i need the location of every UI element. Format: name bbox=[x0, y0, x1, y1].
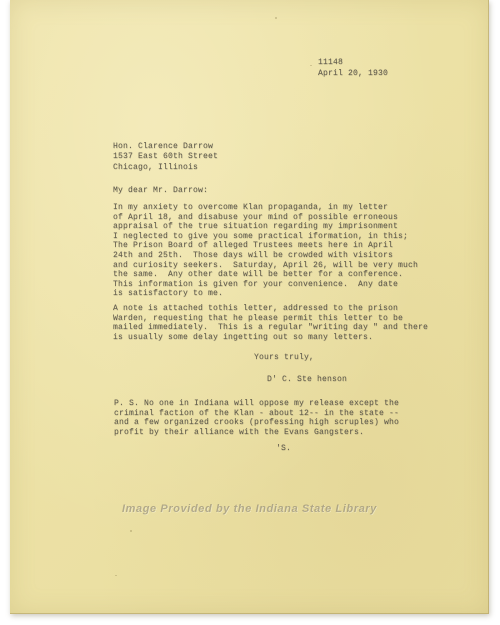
postscript: P. S. No one in Indiana will oppose my r… bbox=[114, 399, 399, 437]
letter-date: April 20, 1930 bbox=[318, 69, 388, 79]
postscript-initial: 'S. bbox=[276, 444, 291, 454]
closing: Yours truly, bbox=[254, 353, 314, 363]
body-paragraph-1: In my anxiety to overcome Klan propagand… bbox=[113, 203, 418, 299]
scanned-document: 11148 April 20, 1930 Hon. Clarence Darro… bbox=[0, 0, 500, 625]
reference-number: 11148 bbox=[318, 58, 343, 68]
signature: D' C. Ste henson bbox=[267, 375, 347, 385]
recipient-address: Hon. Clarence Darrow 1537 East 60th Stre… bbox=[113, 142, 218, 173]
letter-page: 11148 April 20, 1930 Hon. Clarence Darro… bbox=[10, 0, 489, 614]
paper-speck bbox=[115, 575, 117, 576]
body-paragraph-2: A note is attached tothis letter, addres… bbox=[113, 304, 428, 342]
salutation: My dear Mr. Darrow: bbox=[113, 186, 208, 196]
paper-speck bbox=[130, 530, 132, 532]
library-watermark: Image Provided by the Indiana State Libr… bbox=[10, 503, 489, 515]
paper-speck bbox=[275, 17, 277, 19]
paper-speck bbox=[310, 65, 312, 66]
